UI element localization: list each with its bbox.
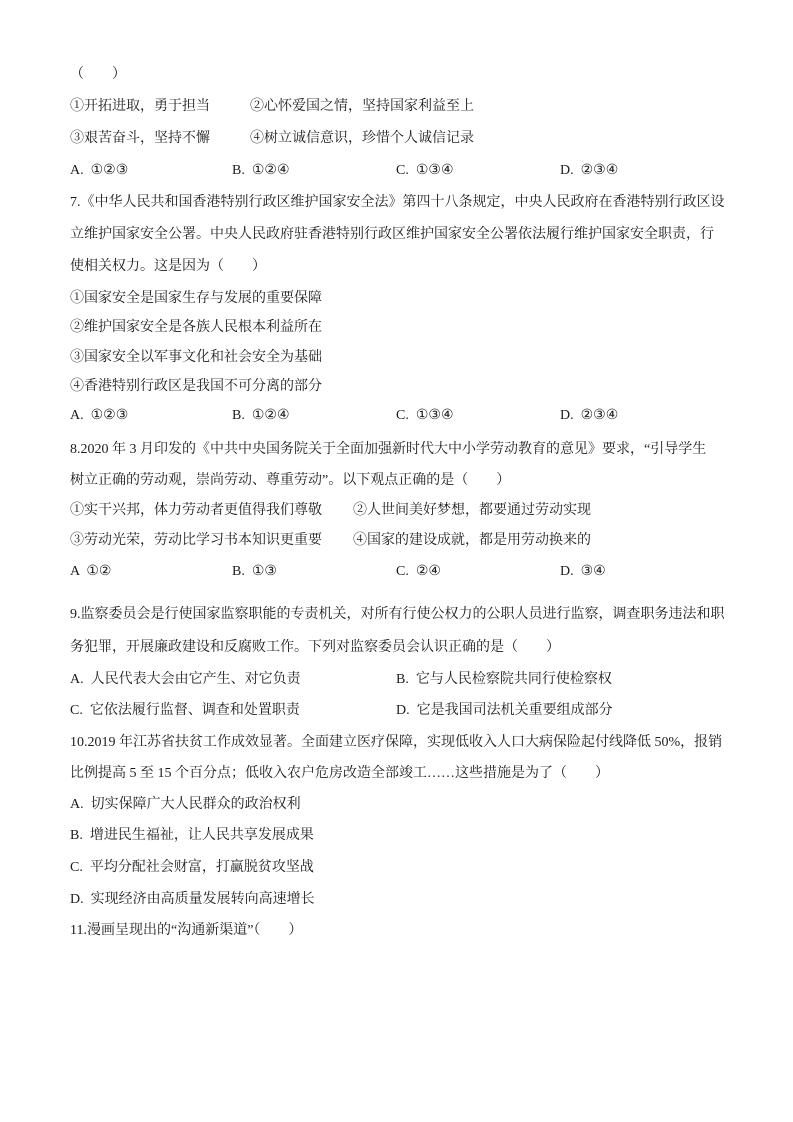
exam-paper-page: （ ） ①开拓进取，勇于担当 ②心怀爱国之情，坚持国家利益至上 ③艰苦奋斗，坚持… [0,0,793,1122]
q7-option-b: B. ①②④ [232,406,290,425]
q8-item-4: ④国家的建设成就，都是用劳动换来的 [353,531,591,550]
q6-items-row-2: ③艰苦奋斗，坚持不懈 ④树立诚信意识，珍惜个人诚信记录 [70,129,730,148]
q9-options-row-cd: C. 它依法履行监督、调查和处置职责 D. 它是我国司法机关重要组成部分 [70,701,730,720]
q8-items-row-2: ③劳动光荣，劳动比学习书本知识更重要 ④国家的建设成就，都是用劳动换来的 [70,531,730,550]
q9-options-row-ab: A. 人民代表大会由它产生、对它负责 B. 它与人民检察院共同行使检察权 [70,670,730,689]
q6-item-3: ③艰苦奋斗，坚持不懈 [70,129,210,148]
q11-stem: 11.漫画呈现出的“沟通新渠道”（ ） [70,921,730,940]
q10-option-b: B. 增进民生福祉，让人民共享发展成果 [70,826,730,845]
q7-option-c: C. ①③④ [396,406,454,425]
q9-option-a: A. 人民代表大会由它产生、对它负责 [70,670,301,689]
q6-option-b: B. ①②④ [232,161,290,180]
q7-stem-line-1: 7.《中华人民共和国香港特别行政区维护国家安全法》第四十八条规定，中央人民政府在… [70,193,730,212]
q6-option-c: C. ①③④ [396,161,454,180]
q7-option-a: A. ①②③ [70,406,128,425]
q9-option-d: D. 它是我国司法机关重要组成部分 [396,701,613,720]
q6-item-1: ①开拓进取，勇于担当 [70,97,210,116]
q6-option-d: D. ②③④ [560,161,618,180]
q8-items-row-1: ①实干兴邦，体力劳动者更值得我们尊敬 ②人世间美好梦想，都要通过劳动实现 [70,501,730,520]
q7-item-2: ②维护国家安全是各族人民根本利益所在 [70,318,730,337]
q9-stem-line-2: 务犯罪，开展廉政建设和反腐败工作。下列对监察委员会认识正确的是（ ） [70,638,730,657]
q7-stem-line-2: 立维护国家安全公署。中央人民政府驻香港特别行政区维护国家安全公署依法履行维护国家… [70,225,730,244]
q7-item-4: ④香港特别行政区是我国不可分离的部分 [70,377,730,396]
q7-option-d: D. ②③④ [560,406,618,425]
q7-stem-line-3: 使相关权力。这是因为（ ） [70,257,730,276]
q10-option-a: A. 切实保障广大人民群众的政治权利 [70,795,730,814]
q6-answer-blank: （ ） [70,65,730,84]
q9-option-b: B. 它与人民检察院共同行使检察权 [396,670,612,689]
q9-stem-line-1: 9.监察委员会是行使国家监察职能的专责机关，对所有行使公权力的公职人员进行监察，… [70,605,730,624]
q8-item-3: ③劳动光荣，劳动比学习书本知识更重要 [70,531,322,550]
q8-stem-line-2: 树立正确的劳动观，崇尚劳动、尊重劳动”。以下观点正确的是（ ） [70,471,730,490]
q7-item-1: ①国家安全是国家生存与发展的重要保障 [70,289,730,308]
q6-options-row: A. ①②③ B. ①②④ C. ①③④ D. ②③④ [70,161,730,180]
q10-stem-line-2: 比例提高 5 至 15 个百分点；低收入农户危房改造全部竣工……这些措施是为了（… [70,764,730,783]
q8-item-1: ①实干兴邦，体力劳动者更值得我们尊敬 [70,501,322,520]
q10-stem-line-1: 10.2019 年江苏省扶贫工作成效显著。全面建立医疗保障，实现低收入人口大病保… [70,733,730,752]
q8-option-c: C. ②④ [396,562,441,581]
q6-item-2: ②心怀爱国之情，坚持国家利益至上 [250,97,474,116]
q10-option-c: C. 平均分配社会财富，打赢脱贫攻坚战 [70,858,730,877]
q9-option-c: C. 它依法履行监督、调查和处置职责 [70,701,300,720]
q10-option-d: D. 实现经济由高质量发展转向高速增长 [70,890,730,909]
q8-option-a: A ①② [70,562,111,581]
q7-options-row: A. ①②③ B. ①②④ C. ①③④ D. ②③④ [70,406,730,425]
q6-option-a: A. ①②③ [70,161,128,180]
q8-option-d: D. ③④ [560,562,606,581]
q8-options-row: A ①② B. ①③ C. ②④ D. ③④ [70,562,730,581]
q8-stem-line-1: 8.2020 年 3 月印发的《中共中央国务院关于全面加强新时代大中小学劳动教育… [70,440,730,459]
q6-item-4: ④树立诚信意识，珍惜个人诚信记录 [250,129,474,148]
q8-item-2: ②人世间美好梦想，都要通过劳动实现 [353,501,591,520]
q8-option-b: B. ①③ [232,562,277,581]
q6-items-row-1: ①开拓进取，勇于担当 ②心怀爱国之情，坚持国家利益至上 [70,97,730,116]
q7-item-3: ③国家安全以军事文化和社会安全为基础 [70,348,730,367]
